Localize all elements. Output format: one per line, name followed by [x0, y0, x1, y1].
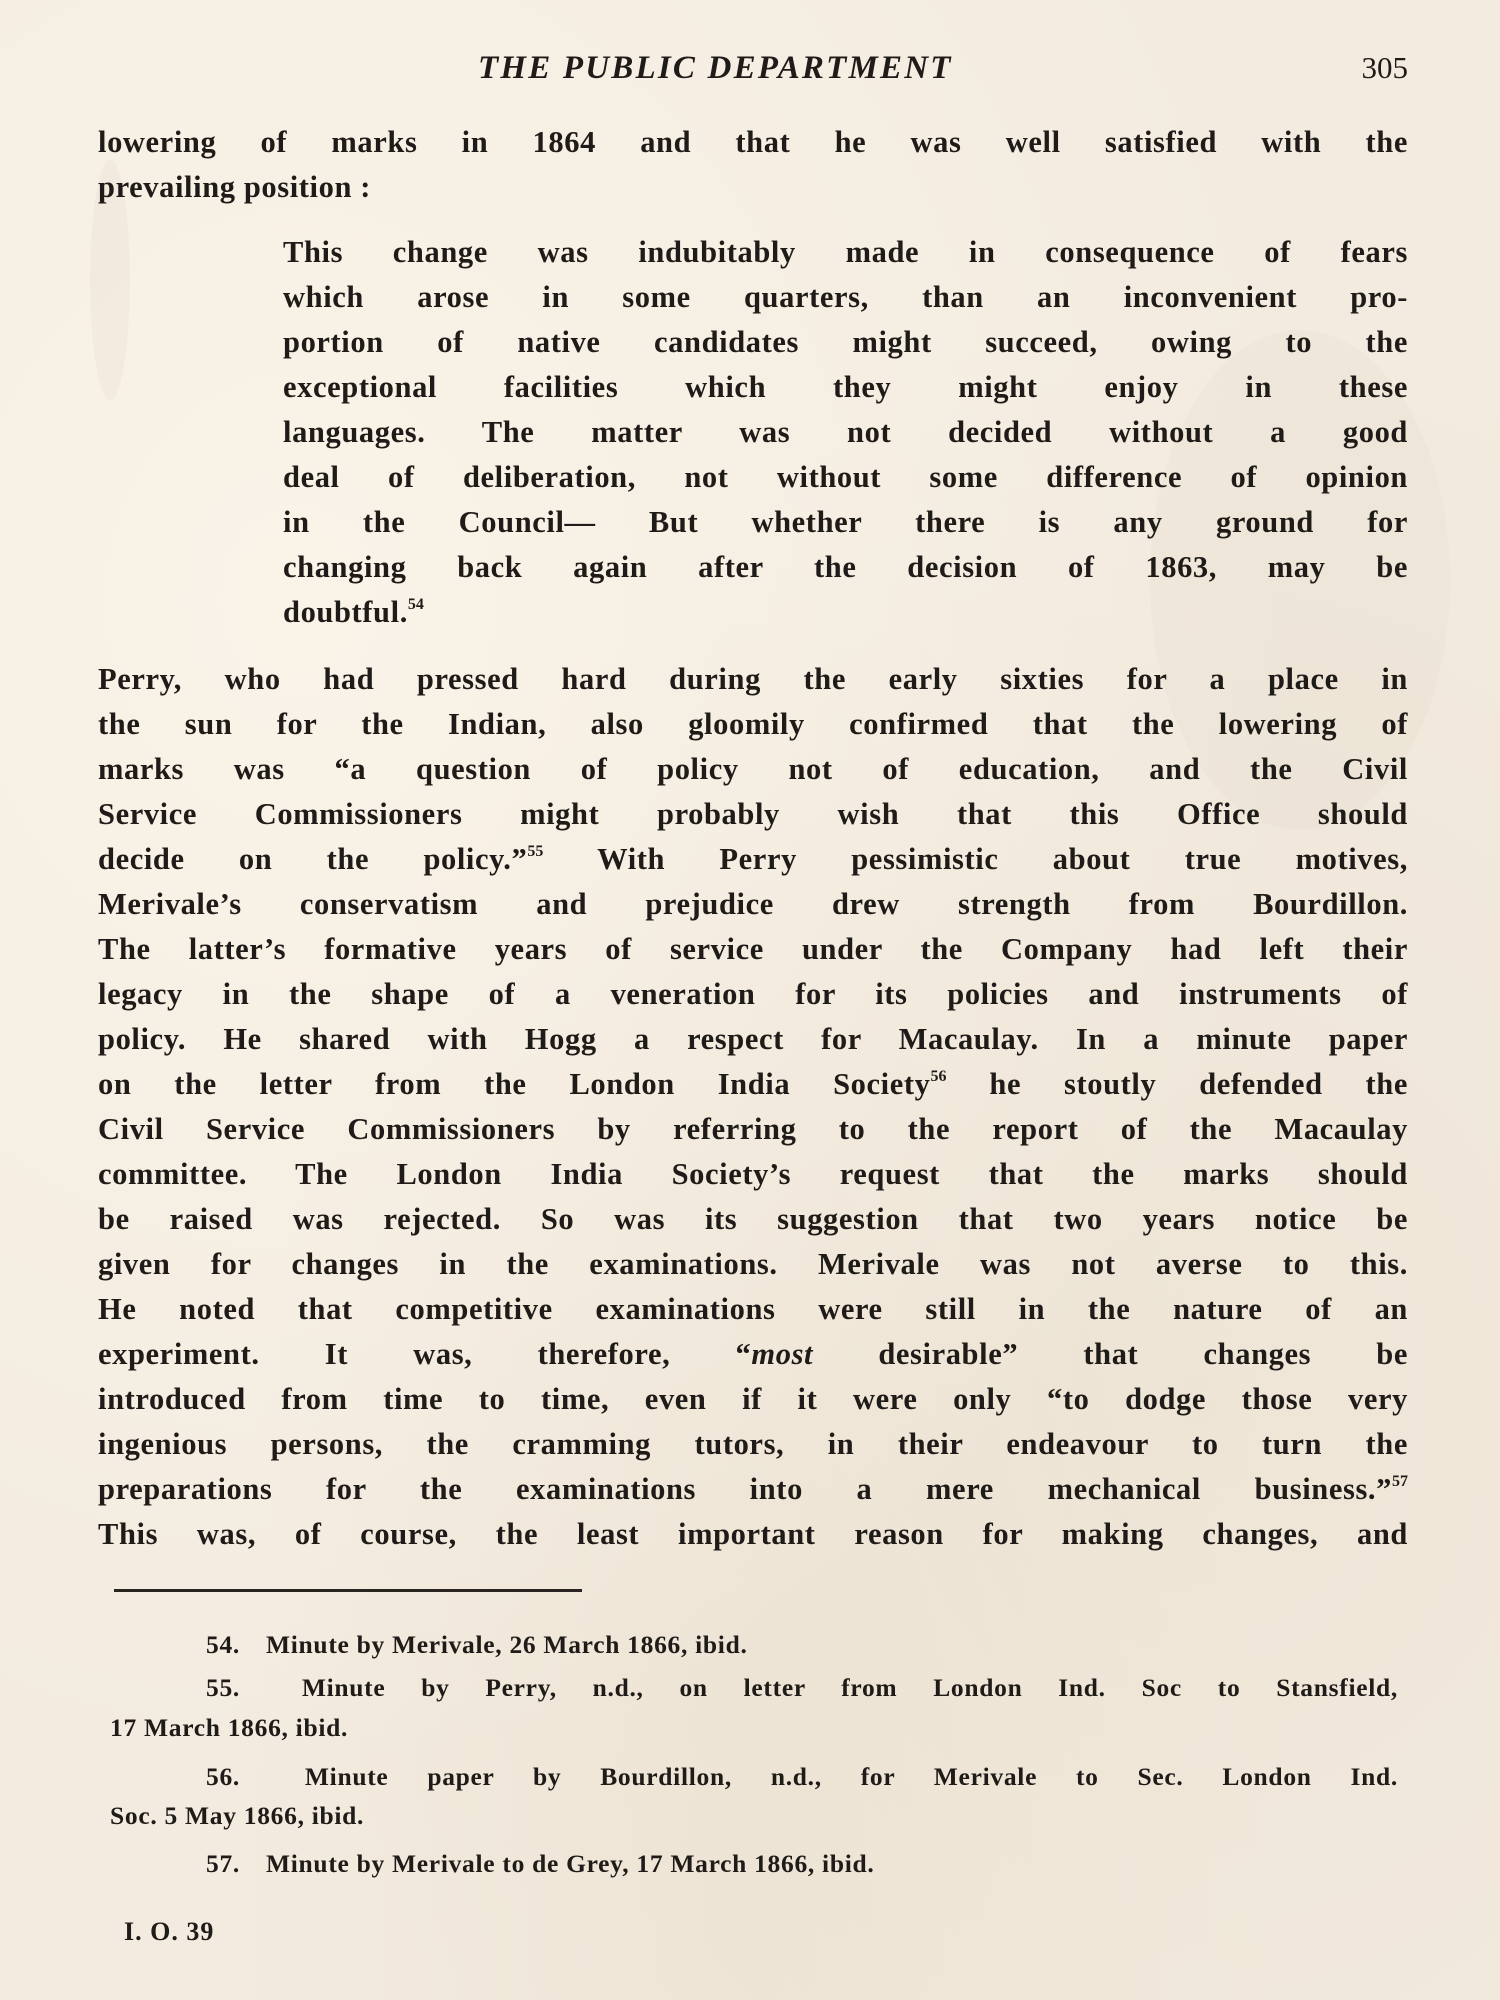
page-number: 305: [1324, 46, 1408, 90]
quote-line: doubtful.54: [283, 590, 1408, 635]
footnote-divider: [114, 1589, 582, 1592]
body-line: introduced from time to time, even if it…: [98, 1377, 1408, 1422]
footnote-ref-56[interactable]: 56: [930, 1068, 946, 1085]
body-line: ingenious persons, the cramming tutors, …: [98, 1422, 1408, 1467]
body-line: legacy in the shape of a veneration for …: [98, 972, 1408, 1017]
body-text: desirable” that changes be: [878, 1337, 1408, 1371]
body-text: experiment. It was, therefore, “: [98, 1337, 751, 1371]
emphasis-word: most: [751, 1337, 813, 1371]
body-text: on the letter from the London India Soci…: [98, 1067, 930, 1101]
footnote-number: 57.: [206, 1844, 266, 1884]
body-text: decide on the policy.”: [98, 842, 527, 876]
signature-mark: I. O. 39: [124, 1912, 214, 1952]
footnote-text: Minute by Merivale to de Grey, 17 March …: [266, 1849, 874, 1878]
quote-line: which arose in some quarters, than an in…: [283, 275, 1408, 320]
body-line: lowering of marks in 1864 and that he wa…: [98, 120, 1408, 165]
body-line: This was, of course, the least important…: [98, 1512, 1408, 1557]
quote-line: exceptional facilities which they might …: [283, 365, 1408, 410]
footnote-number: 56.: [206, 1757, 266, 1797]
running-title: THE PUBLIC DEPARTMENT: [478, 46, 1084, 90]
footnote-text: Minute by Merivale, 26 March 1866, ibid.: [266, 1630, 748, 1659]
footnote-55-continuation: 17 March 1866, ibid.: [110, 1708, 1398, 1748]
body-line: committee. The London India Society’s re…: [98, 1152, 1408, 1197]
quote-line: in the Council— But whether there is any…: [283, 500, 1408, 545]
book-page: THE PUBLIC DEPARTMENT 305 lowering of ma…: [0, 0, 1500, 2000]
body-line: marks was “a question of policy not of e…: [98, 747, 1408, 792]
body-line: policy. He shared with Hogg a respect fo…: [98, 1017, 1408, 1062]
body-line: on the letter from the London India Soci…: [98, 1062, 1408, 1107]
footnote-text: Minute paper by Bourdillon, n.d., for Me…: [305, 1762, 1398, 1791]
body-line: the sun for the Indian, also gloomily co…: [98, 702, 1408, 747]
body-line: prevailing position :: [98, 165, 1408, 210]
quote-line: portion of native candidates might succe…: [283, 320, 1408, 365]
body-line: He noted that competitive examinations w…: [98, 1287, 1408, 1332]
body-line: Perry, who had pressed hard during the e…: [98, 657, 1408, 702]
footnote-ref-57[interactable]: 57: [1392, 1473, 1408, 1490]
body-line: Civil Service Commissioners by referring…: [98, 1107, 1408, 1152]
body-line: preparations for the examinations into a…: [98, 1467, 1408, 1512]
footnote-56-continuation: Soc. 5 May 1866, ibid.: [110, 1796, 1398, 1836]
footnote-number: 55.: [206, 1668, 266, 1708]
body-line: experiment. It was, therefore, “most des…: [98, 1332, 1408, 1377]
body-line: decide on the policy.”55 With Perry pess…: [98, 837, 1408, 882]
body-text: With Perry pessimistic about true motive…: [597, 842, 1408, 876]
body-text: preparations for the examinations into a…: [98, 1472, 1392, 1506]
footnote-57: 57.Minute by Merivale to de Grey, 17 Mar…: [206, 1844, 1398, 1884]
quote-line: This change was indubitably made in cons…: [283, 230, 1408, 275]
footnote-ref-55[interactable]: 55: [527, 843, 543, 860]
quote-line: changing back again after the decision o…: [283, 545, 1408, 590]
quote-line: deal of deliberation, not without some d…: [283, 455, 1408, 500]
footnote-55: 55. Minute by Perry, n.d., on letter fro…: [206, 1668, 1398, 1708]
footnote-ref-54[interactable]: 54: [408, 596, 424, 613]
footnote-54: 54.Minute by Merivale, 26 March 1866, ib…: [206, 1625, 1398, 1665]
footnote-56: 56. Minute paper by Bourdillon, n.d., fo…: [206, 1757, 1398, 1797]
body-line: given for changes in the examinations. M…: [98, 1242, 1408, 1287]
footnote-number: 54.: [206, 1625, 266, 1665]
body-line: Merivale’s conservatism and prejudice dr…: [98, 882, 1408, 927]
body-text: he stoutly defended the: [989, 1067, 1408, 1101]
footnote-text: Minute by Perry, n.d., on letter from Lo…: [302, 1673, 1398, 1702]
quote-text: doubtful.: [283, 595, 408, 629]
quote-line: languages. The matter was not decided wi…: [283, 410, 1408, 455]
body-line: be raised was rejected. So was its sugge…: [98, 1197, 1408, 1242]
body-line: Service Commissioners might probably wis…: [98, 792, 1408, 837]
body-line: The latter’s formative years of service …: [98, 927, 1408, 972]
